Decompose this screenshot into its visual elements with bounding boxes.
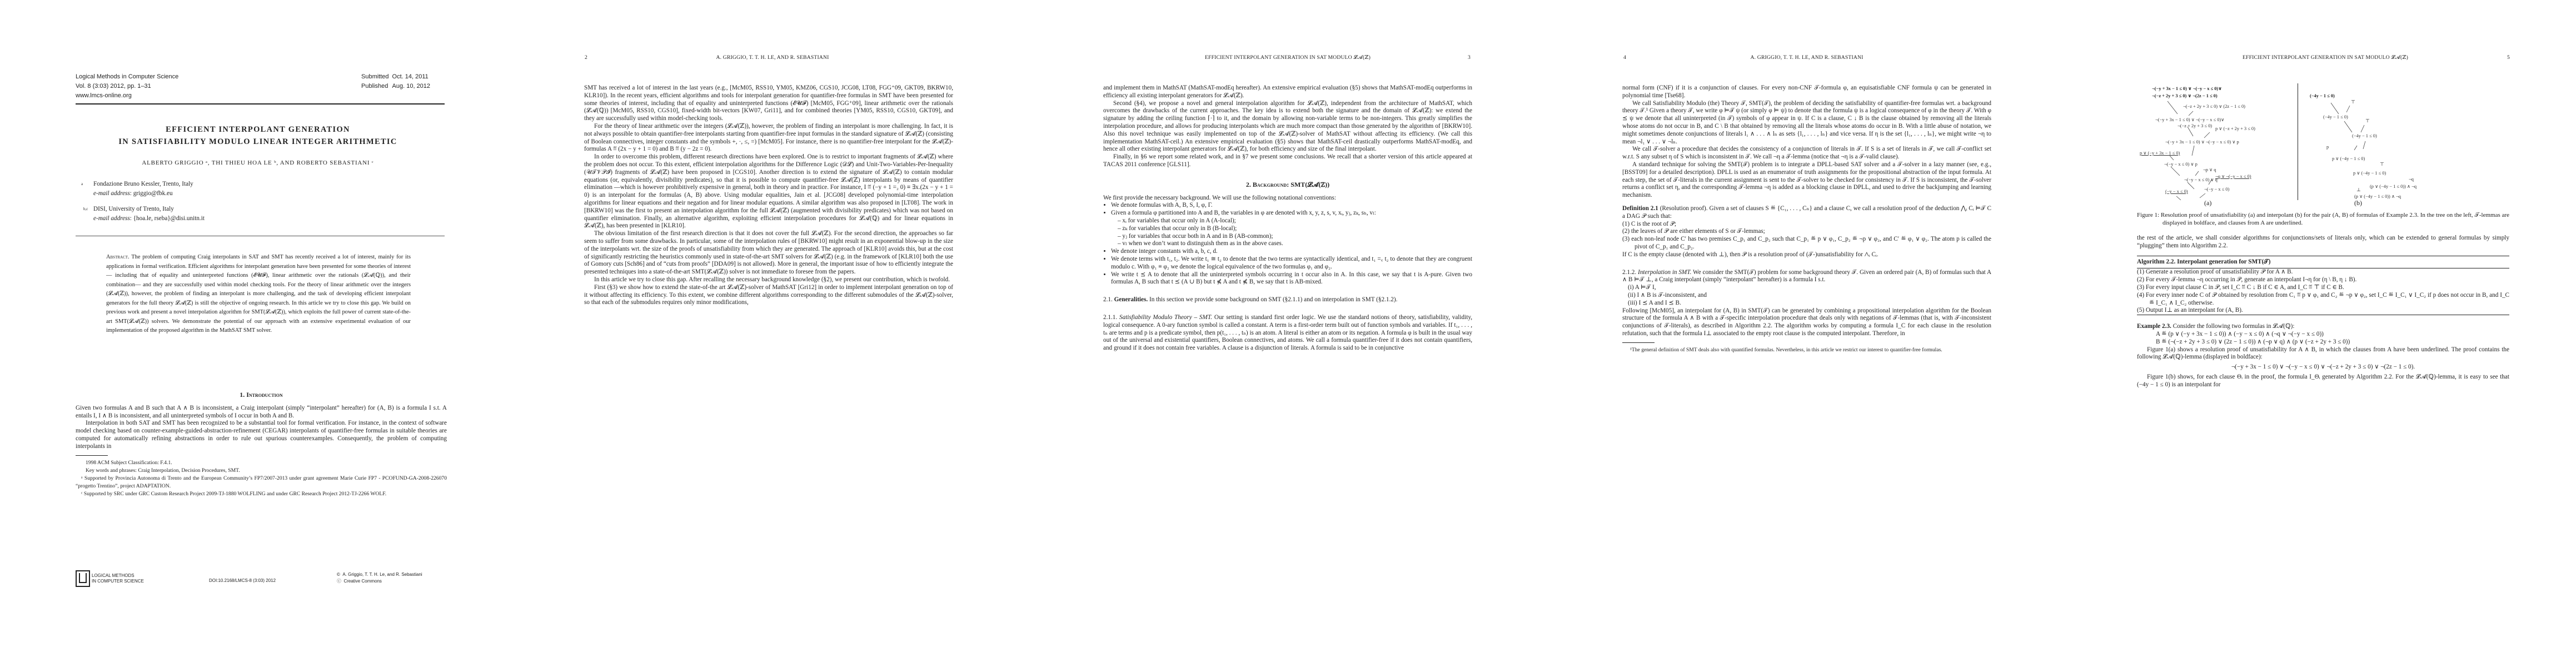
page-4: 4 A. GRIGGIO, T. T. H. LE, AND R. SEBAST… [1546, 0, 2061, 667]
footnote: ᶜ Supported by SRC under GRC Custom Rese… [76, 490, 447, 498]
page-body: normal form (CNF) if it is a conjunction… [1622, 84, 1991, 354]
copyright-icon: © [337, 572, 340, 577]
subsection-number: 2.1. [1103, 296, 1113, 303]
page-number: 3 [1468, 54, 1471, 61]
generalities-paragraph: 2.1. Generalities. In this section we pr… [1103, 296, 1472, 304]
journal-info: Logical Methods in Computer Science Vol.… [76, 72, 178, 101]
paper-title: EFFICIENT INTERPOLANT GENERATION IN SATI… [71, 123, 445, 148]
paragraph: and implement them in MathSAT (MathSAT-m… [1103, 84, 1472, 100]
tree-node-a-clause: (−y − x ≤ 0) [2165, 189, 2188, 194]
interpolant-conditions: (i) A ⊨𝒯 I, (ii) I ∧ B is 𝒯-inconsistent… [1622, 284, 1991, 307]
definition-label: Definition 2.1 [1622, 205, 1658, 212]
paragraph: the rest of the article, we shall consid… [2137, 235, 2509, 250]
definition-title: (Resolution proof). [1660, 205, 1708, 212]
algorithm-step: (5) Output I⊥ as an interpolant for (A, … [2137, 307, 2509, 315]
footnote: ¹The general definition of SMT deals als… [1622, 346, 1991, 354]
affiliation-bc: b,c DISI, University of Trento, Italy e-… [93, 205, 205, 223]
paragraph: For the theory of linear arithmetic over… [584, 123, 953, 153]
paragraph: normal form (CNF) if it is a conjunction… [1622, 84, 1991, 100]
tree-node: ¬(−y − x ≤ 0) [2204, 187, 2229, 192]
sub-list-item: xᵢ for variables that occur only in A (A… [1118, 217, 1472, 225]
condition-item: (ii) I ∧ B is 𝒯-inconsistent, and [1628, 292, 1991, 300]
footnote: 1998 ACM Subject Classification: F.4.1. [76, 459, 447, 467]
tree-node: ¬(−y − x ≤ 0) ∨ p [2164, 161, 2198, 167]
copyright-holders: A. Griggio, T. T. H. Le, and R. Sebastia… [342, 572, 422, 577]
tree-node: ⊤ [2380, 161, 2384, 167]
authors: ALBERTO GRIGGIO ᵃ, THI THIEU HOA LE ᵇ, A… [71, 160, 445, 166]
figure-1: ¬(−y + 3x − 1 ≤ 0) ∨ ¬(−y − x ≤ 0)∨ ¬(−z… [2132, 83, 2505, 200]
paragraph: Second (§4), we propose a novel and gene… [1103, 100, 1472, 154]
page-5: EFFICIENT INTERPOLANT GENERATION IN SAT … [2061, 0, 2576, 667]
paragraph: Following [McM05], an interpolant for (A… [1622, 307, 1991, 338]
list-item: We denote terms with t₁, t₂. We write t₁… [1111, 256, 1472, 271]
published-label: Published [361, 82, 392, 91]
algorithm-2-2: Algorithm 2.2. Interpolant generation fo… [2137, 256, 2509, 316]
sub-list-item: zₖ for variables that occur only in B (B… [1118, 225, 1472, 233]
tree-node: ¬(−z + 2y + 3 ≤ 0) [2178, 123, 2212, 128]
published-date: Aug. 10, 2012 [392, 82, 434, 91]
running-head-title: A. GRIGGIO, T. T. H. LE, AND R. SEBASTIA… [1619, 54, 1995, 61]
tree-node: ¬(−y − x ≤ 0) ∨ q [2184, 177, 2218, 182]
email-label: e-mail address [93, 190, 130, 197]
paragraph: Interpolation in both SAT and SMT has be… [76, 420, 447, 450]
subsection-number: 2.1.2. [1622, 269, 1636, 276]
tree-node: p ∨ (−z + 2y + 3 ≤ 0) [2215, 126, 2255, 131]
tree-node: ¬q [2409, 177, 2414, 182]
journal-url[interactable]: www.lmcs-online.org [76, 91, 178, 101]
email-address[interactable]: griggio@fbk.eu [133, 190, 173, 197]
list-item: We write t ⪯ A to denote that all the un… [1111, 271, 1472, 287]
paragraph: SMT has received a lot of interest in th… [584, 84, 953, 123]
abstract: Abstract. The problem of computing Craig… [106, 253, 411, 336]
example-label: Example 2.3. [2137, 323, 2171, 330]
list-item: We denote integer constants with a, b, c… [1111, 248, 1472, 256]
introduction: 1. Introduction Given two formulas A and… [76, 391, 447, 498]
sub-list-item: yⱼ for variables that occur both in A an… [1118, 233, 1472, 241]
abstract-rule [76, 236, 445, 236]
title-line-1: EFFICIENT INTERPOLANT GENERATION [71, 123, 445, 136]
list-item: We denote formulas with A, B, S, I, φ, Γ… [1111, 202, 1472, 210]
logo-line-1: LOGICAL METHODS [92, 573, 144, 579]
tree-node: (p ∨ (−4y − 1 ≤ 0)) ∧ ¬q [2370, 183, 2416, 189]
submitted-date: Oct. 14, 2011 [392, 72, 434, 82]
email-label: e-mail address [93, 215, 130, 222]
footnotes: 1998 ACM Subject Classification: F.4.1. … [76, 459, 447, 498]
paragraph: We first provide the necessary backgroun… [1103, 195, 1472, 202]
tree-node: ¬(−y + 3x − 1 ≤ 0) ∨ ¬(−y − x ≤ 0)∨ [2155, 117, 2224, 122]
license[interactable]: Creative Commons [343, 579, 381, 584]
title-line-2: IN SATISFIABILITY MODULO LINEAR INTEGER … [71, 136, 445, 148]
affiliation-mark: b,c [83, 205, 88, 214]
condition-item: (i) A ⊨𝒯 I, [1628, 284, 1991, 292]
page-1: Logical Methods in Computer Science Vol.… [0, 0, 515, 667]
tree-node: ¬(−z + 2y + 3 ≤ 0) ∨ ¬(2z − 1 ≤ 0) [2152, 93, 2218, 98]
algorithm-step: (1) Generate a resolution proof of unsat… [2137, 268, 2509, 276]
paragraph: In this article we try to close this gap… [584, 276, 953, 284]
paragraph: Given two formulas A and B such that A ∧… [76, 405, 447, 420]
conventions-list: We denote formulas with A, B, S, I, φ, Γ… [1103, 202, 1472, 286]
tree-node: ¬(−y + 3x − 1 ≤ 0) ∨ ¬(−y − x ≤ 0)∨ [2152, 86, 2222, 91]
interpolation-paragraph: 2.1.2. Interpolation in SMT. We consider… [1622, 269, 1991, 285]
running-head-title: EFFICIENT INTERPOLANT GENERATION IN SAT … [2141, 54, 2510, 61]
email-address[interactable]: {hoa.le, rseba}@disi.unitn.it [133, 215, 205, 222]
equation-b: B ≝ (¬(−z + 2y + 3 ≤ 0) ∨ (2z − 1 ≤ 0)) … [2137, 339, 2509, 346]
lmcs-logo: LOGICAL METHODS IN COMPUTER SCIENCE [76, 570, 144, 587]
page-2: 2 A. GRIGGIO, T. T. H. LE, AND R. SEBAST… [515, 0, 1030, 667]
lemma-equation: ¬(−y + 3x − 1 ≤ 0) ∨ ¬(−y − x ≤ 0) ∨ ¬(−… [2137, 364, 2509, 371]
footnote: Key words and phrases: Craig Interpolati… [76, 467, 447, 475]
subsection-number: 2.1.1. [1103, 314, 1117, 321]
paragraph: A standard technique for solving the SMT… [1622, 161, 1991, 200]
paragraph: First (§3) we show how to extend the sta… [584, 284, 953, 307]
example-intro: Consider the following two formulas in 𝓛… [2173, 323, 2295, 330]
header-rule [76, 103, 445, 104]
definition-item: (2) the leaves of 𝒫 are either elements … [1622, 228, 1991, 236]
journal-volume: Vol. 8 (3:03) 2012, pp. 1–31 [76, 82, 178, 91]
running-head-title: EFFICIENT INTERPOLANT GENERATION IN SAT … [1096, 54, 1479, 61]
definition-2-1: Definition 2.1 (Resolution proof). Given… [1622, 205, 1991, 259]
page-body: Figure 1: Resolution proof of unsatisfia… [2137, 211, 2509, 389]
affiliation-org: Fondazione Bruno Kessler, Trento, Italy [93, 180, 193, 189]
list-item-text: Given a formula φ partitioned into A and… [1111, 210, 1376, 216]
section-heading: 1. Introduction [76, 391, 447, 399]
abstract-label: Abstract. [106, 254, 129, 260]
definition-tail: If C is the empty clause (denoted with ⊥… [1622, 251, 1991, 259]
lmcs-logo-icon [76, 570, 90, 587]
page-3: EFFICIENT INTERPOLANT GENERATION IN SAT … [1030, 0, 1546, 667]
figure-caption: Figure 1: Resolution proof of unsatisfia… [2137, 211, 2509, 227]
algorithm-step: (4) For every inner node C of 𝒫 obtained… [2137, 292, 2509, 307]
paragraph: The obvious limitation of the first rese… [584, 230, 953, 276]
tree-node-a-clause: ¬q ∨ ¬(−y − x ≤ 0) [2215, 173, 2251, 179]
submission-dates: Submitted Oct. 14, 2011 Published Aug. 1… [361, 72, 434, 91]
tree-node: (p ∨ (−4y − 1 ≤ 0)) ∧ ¬q [2354, 193, 2401, 199]
paragraph: Figure 1(b) shows, for each clause Θᵢ in… [2137, 374, 2509, 389]
sub-list: xᵢ for variables that occur only in A (A… [1111, 217, 1472, 248]
affiliation-org: DISI, University of Trento, Italy [93, 205, 205, 214]
footnote: ᵃ Supported by Provincia Autonoma di Tre… [76, 475, 447, 490]
paragraph: Finally, in §6 we report some related wo… [1103, 153, 1472, 169]
tree-node: ¬p ∨ q [2203, 167, 2216, 172]
copyright-block: © A. Griggio, T. T. H. Le, and R. Sebast… [337, 571, 422, 585]
figure-label-b: (b) [2354, 199, 2362, 207]
subsection-title: Satisfiability Modulo Theory – SMT. [1119, 314, 1212, 321]
tree-node: (−4y − 1 ≤ 0) [2352, 133, 2377, 138]
figure-label-a: (a) [2204, 199, 2211, 207]
subsection-title: Interpolation in SMT. [1638, 269, 1691, 276]
tree-node: (−4y − 1 ≤ 0) [2323, 115, 2348, 120]
example-2-3: Example 2.3. Consider the following two … [2137, 323, 2509, 389]
tree-node: (−4y − 1 ≤ 0) [2310, 93, 2335, 98]
tree-node: p ∨ (−4y − 1 ≤ 0) [2332, 156, 2365, 161]
tree-node: ⊤ [2351, 99, 2355, 104]
footnote-rule [76, 455, 108, 456]
affiliation-mark: a [81, 180, 83, 189]
affiliation-a: a Fondazione Bruno Kessler, Trento, Ital… [93, 180, 193, 198]
definition-item: (1) C is the root of 𝒫; [1622, 221, 1991, 228]
list-item: Given a formula φ partitioned into A and… [1111, 210, 1472, 248]
algorithm-step: (2) For every 𝒯-lemma ¬η occurring in 𝒫,… [2137, 276, 2509, 284]
sub-list-item: vₗ when we don’t want to distinguish the… [1118, 240, 1472, 248]
definition-items: (1) C is the root of 𝒫; (2) the leaves o… [1622, 221, 1991, 251]
subsection-title: Generalities. [1114, 296, 1148, 303]
creative-commons-icon: ⓒ [337, 579, 341, 584]
paragraph: We call 𝒯-solver a procedure that decide… [1622, 146, 1991, 161]
algorithm-step: (3) For every input clause C in 𝒫, set I… [2137, 284, 2509, 292]
tree-node: ¬(−z + 2y + 3 ≤ 0) ∨ (2z − 1 ≤ 0) [2183, 103, 2245, 109]
section-heading: 2. Background: SMT(𝓛𝓐(ℤ)) [1103, 181, 1472, 189]
paragraph: Figure 1(a) shows a resolution proof of … [2137, 346, 2509, 362]
algorithm-title: Algorithm 2.2. Interpolant generation fo… [2137, 256, 2509, 269]
tree-node: ⊤ [2365, 118, 2370, 123]
paragraph: We call Satisfiability Modulo (the) Theo… [1622, 100, 1991, 146]
tree-node: ⊥ [2356, 187, 2361, 192]
page-body: SMT has received a lot of interest in th… [584, 84, 953, 307]
page-body: and implement them in MathSAT (MathSAT-m… [1103, 84, 1472, 352]
subsection-text: In this section we provide some backgrou… [1149, 296, 1397, 303]
tree-node-a-clause: p ∨ (−y + 3x − 1 ≤ 0) [2140, 150, 2180, 156]
figure-divider [2298, 83, 2298, 200]
algorithm-steps: (1) Generate a resolution proof of unsat… [2137, 268, 2509, 315]
abstract-text: The problem of computing Craig interpola… [106, 254, 411, 333]
tree-node: p [2326, 145, 2329, 150]
definition-item: (3) each non-leaf node C′ has two premis… [1622, 236, 1991, 251]
logo-line-2: IN COMPUTER SCIENCE [92, 579, 144, 584]
tree-node: ¬(−y + 3x − 1 ≤ 0) ∨ ¬(−y − x ≤ 0) ∨ p [2165, 139, 2239, 145]
tree-node: p ∨ (−4y − 1 ≤ 0) [2353, 170, 2386, 176]
doi[interactable]: DOI:10.2168/LMCS-8 (3:03) 2012 [209, 578, 276, 583]
submitted-label: Submitted [361, 72, 392, 82]
equation-a: A ≝ (p ∨ (−y + 3x − 1 ≤ 0)) ∧ (−y − x ≤ … [2137, 331, 2509, 339]
condition-item: (iii) I ⪯ A and I ⪯ B. [1628, 300, 1991, 307]
running-head-title: A. GRIGGIO, T. T. H. LE, AND R. SEBASTIA… [581, 54, 964, 61]
paragraph: In order to overcome this problem, diffe… [584, 153, 953, 230]
footnote-rule [1622, 342, 1655, 343]
page-number: 5 [2507, 54, 2510, 61]
journal-name: Logical Methods in Computer Science [76, 72, 178, 82]
smt-paragraph: 2.1.1. Satisfiability Modulo Theory – SM… [1103, 314, 1472, 352]
